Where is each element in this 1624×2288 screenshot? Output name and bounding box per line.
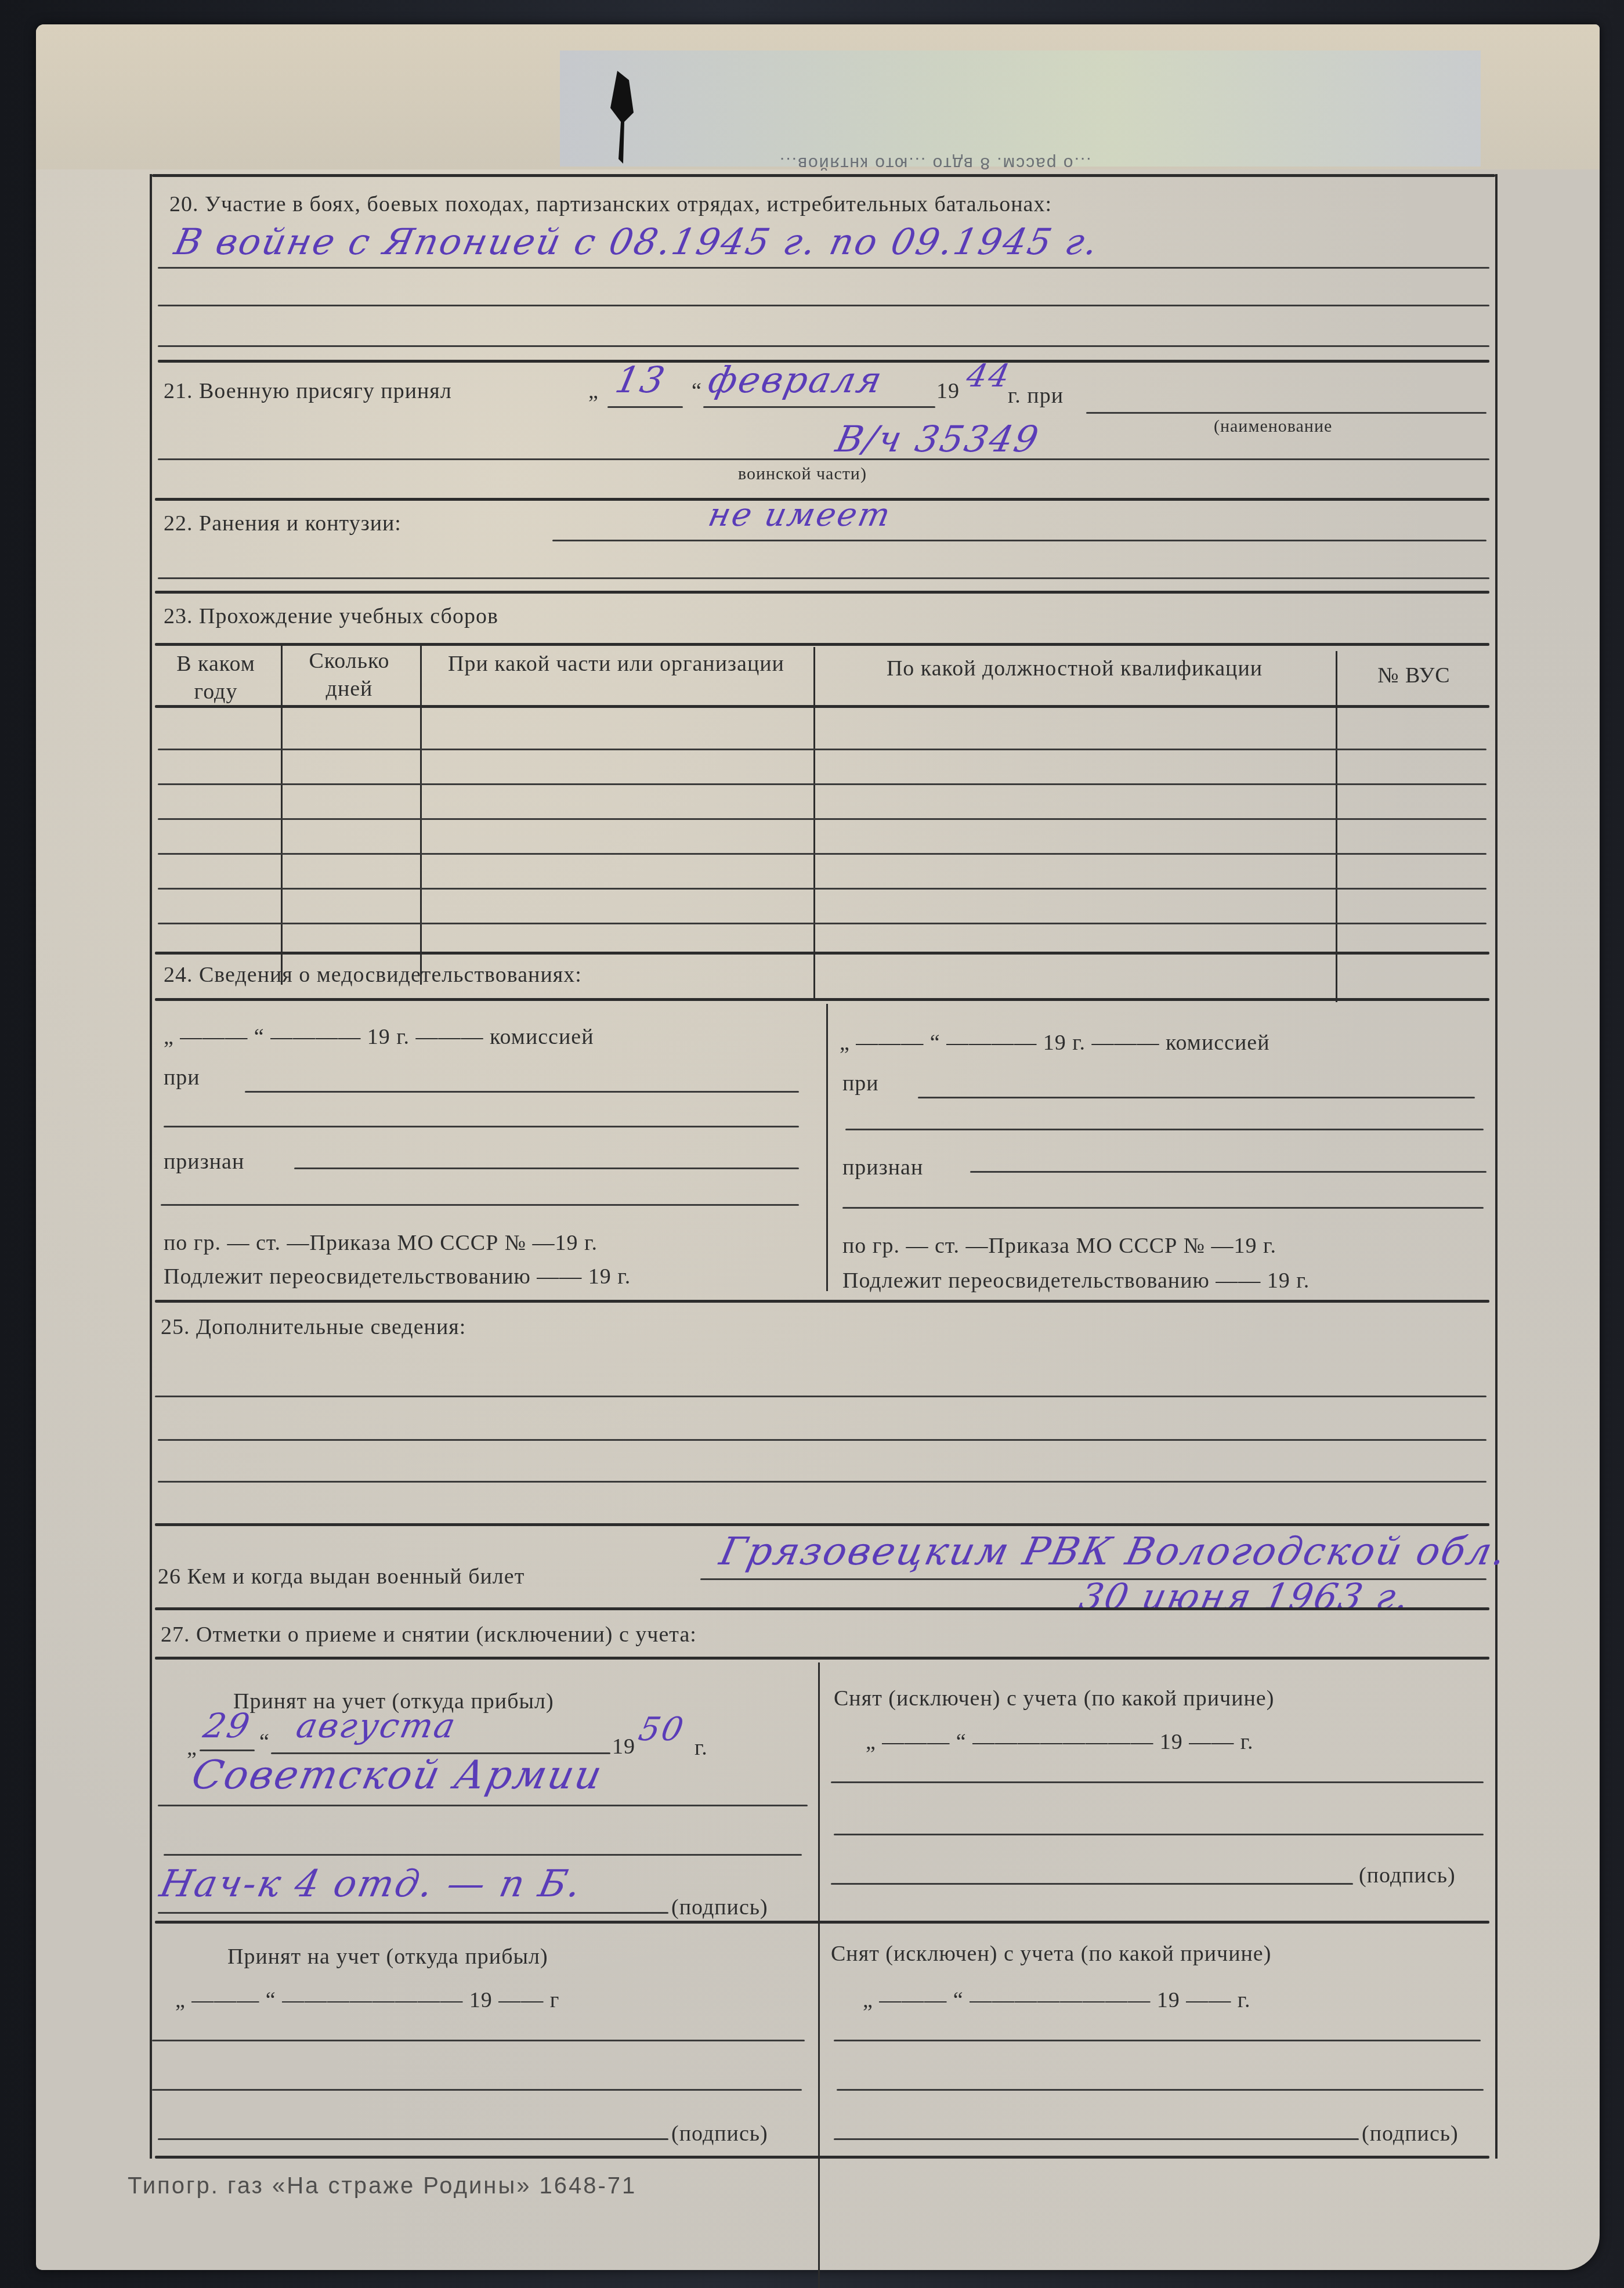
s21-unit-line-1: [1086, 412, 1486, 414]
s20-handwritten[interactable]: В войне с Японией с 08.1945 г. по 09.194…: [171, 221, 1104, 263]
s27-accepted-1-day[interactable]: 29: [200, 1706, 255, 1745]
s21-quote-close: “: [692, 378, 702, 404]
s20-label: 20. Участие в боях, боевых походах, парт…: [169, 191, 1052, 217]
s27-removed-2-title: Снят (исключен) с учета (по какой причин…: [831, 1941, 1271, 1967]
s21-g-pri: г. при: [1008, 383, 1064, 409]
s21-caption-1: (наименование: [1214, 417, 1332, 436]
s24-right-priznan: признан: [842, 1155, 923, 1180]
s27-accepted-1-quote-open: „: [187, 1735, 197, 1761]
s24-right-date-line[interactable]: „ ——— “ ———— 19 г. ——— комиссией: [840, 1030, 1270, 1056]
s23-row-line-2[interactable]: [158, 783, 1486, 785]
s27-removed-1-line-2[interactable]: [834, 1834, 1484, 1835]
s24-left-order: по гр. — ст. —Приказа МО СССР № —19 г.: [164, 1230, 598, 1256]
s23-divider-1: [281, 645, 283, 985]
s27-accepted-1-day-line: [200, 1750, 255, 1751]
s24-right-priznan-line[interactable]: [970, 1171, 1486, 1173]
s27-middle-rule: [155, 1921, 1489, 1924]
s23-col-unit: При какой части или организации: [428, 650, 805, 678]
s27-accepted-1-year-suffix[interactable]: 50: [635, 1711, 688, 1748]
s22-label: 22. Ранения и контузии:: [164, 511, 402, 536]
s27-accepted-2-title: Принят на учет (откуда прибыл): [227, 1944, 548, 1969]
s27-accepted-1-quote-close: “: [259, 1729, 270, 1755]
s23-row-line-6[interactable]: [158, 923, 1486, 924]
s24-right-order: по гр. — ст. —Приказа МО СССР № —19 г.: [842, 1233, 1276, 1259]
s23-row-line-3[interactable]: [158, 818, 1486, 820]
s21-month[interactable]: февраля: [704, 359, 887, 401]
s24-left-date-line[interactable]: „ ——— “ ———— 19 г. ——— комиссией: [164, 1024, 594, 1050]
s27-removed-2-sign-caption: (подпись): [1362, 2121, 1459, 2146]
s27-removed-2-date-line[interactable]: „ ——— “ ———————— 19 —— г.: [863, 1987, 1251, 2013]
s23-row-line-4[interactable]: [158, 853, 1486, 855]
s24-right-pri-line[interactable]: [918, 1097, 1475, 1098]
s21-label: 21. Военную присягу принял: [164, 378, 452, 404]
s24-left-priznan-line[interactable]: [294, 1168, 799, 1169]
s27-removed-2-sign-line[interactable]: [834, 2138, 1359, 2140]
s22-line-1: [552, 540, 1486, 541]
s24-left-reexam: Подлежит переосвидетельствованию —— 19 г…: [164, 1264, 631, 1289]
s23-header-top-rule: [155, 643, 1489, 646]
s24-divider: [826, 1004, 828, 1291]
s23-col-days: Сколько дней: [283, 647, 416, 703]
s21-quote-open: „: [588, 378, 599, 404]
s26-label: 26 Кем и когда выдан военный билет: [158, 1564, 525, 1589]
s27-accepted-1-signer[interactable]: Нач-к 4 отд. — п Б.: [156, 1863, 587, 1906]
s27-label: 27. Отметки о приеме и снятии (исключени…: [161, 1622, 697, 1647]
s22-line-2: [158, 577, 1489, 579]
form-bottom-rule: [155, 2156, 1489, 2159]
s27-top-rule: [155, 1657, 1489, 1660]
s26-handwritten-line1[interactable]: Грязовецким РВК Вологодской обл.: [716, 1529, 1511, 1574]
s23-label: 23. Прохождение учебных сборов: [164, 603, 498, 629]
s27-accepted-1-sign-line[interactable]: [158, 1912, 668, 1914]
s24-left-pri-line[interactable]: [245, 1091, 799, 1093]
s22-handwritten[interactable]: не имеет: [705, 496, 895, 534]
s21-day[interactable]: 13: [612, 359, 670, 401]
s24-left-line-2[interactable]: [164, 1126, 799, 1127]
s20-line-2: [158, 305, 1489, 306]
s27-removed-1-line-1[interactable]: [831, 1781, 1484, 1783]
s23-divider-3: [813, 647, 815, 998]
s27-removed-2-line-1[interactable]: [834, 2040, 1481, 2041]
s24-right-line-4[interactable]: [842, 1207, 1484, 1209]
s27-accepted-1-sign-caption: (подпись): [671, 1895, 768, 1920]
s27-removed-2-line-2[interactable]: [837, 2089, 1484, 2091]
s23-bottom-rule: [155, 952, 1489, 955]
s27-accepted-2-line-2[interactable]: [152, 2089, 802, 2091]
s22-bottom-rule: [155, 591, 1489, 594]
printer-imprint: Типогр. газ «На страже Родины» 1648-71: [128, 2173, 636, 2199]
s21-day-line: [607, 406, 683, 408]
s25-label: 25. Дополнительные сведения:: [161, 1314, 466, 1340]
bleed-through-text: ...о рассм. 8 вдто ...юто кнтяйов...: [779, 153, 1091, 173]
s23-col-year: В каком году: [152, 650, 280, 706]
s27-accepted-2-line-1[interactable]: [152, 2040, 805, 2041]
s27-removed-1-sign-caption: (подпись): [1359, 1863, 1456, 1888]
s21-unit[interactable]: В/ч 35349: [832, 418, 1043, 460]
s24-top-rule: [155, 998, 1489, 1001]
s23-divider-2: [420, 645, 422, 985]
s23-header-bottom-rule: [155, 705, 1489, 708]
s24-right-line-2[interactable]: [845, 1129, 1484, 1130]
s27-removed-1-sign-line[interactable]: [831, 1883, 1353, 1885]
s27-removed-1-date-line[interactable]: „ ——— “ ———————— 19 —— г.: [866, 1729, 1254, 1755]
s27-accepted-1-month[interactable]: августа: [293, 1706, 461, 1745]
s24-left-line-4[interactable]: [161, 1204, 799, 1206]
s24-right-reexam: Подлежит переосвидетельствованию —— 19 г…: [842, 1268, 1310, 1293]
s26-handwritten-line2[interactable]: 30 июня 1963 г.: [1076, 1575, 1415, 1618]
s26-bottom-rule: [155, 1607, 1489, 1610]
s23-row-line-1[interactable]: [158, 749, 1486, 750]
s20-line-3: [158, 345, 1489, 347]
form-frame: 20. Участие в боях, боевых походах, парт…: [150, 174, 1498, 2159]
s24-right-pri: при: [842, 1071, 879, 1096]
s27-accepted-1-line-2[interactable]: [164, 1854, 802, 1856]
s27-accepted-1-year-prefix: 19: [612, 1734, 635, 1759]
s27-accepted-2-sign-caption: (подпись): [671, 2121, 768, 2146]
s25-line-1[interactable]: [155, 1396, 1486, 1397]
s20-line-1: [158, 267, 1489, 269]
s27-accepted-2-sign-line[interactable]: [158, 2138, 668, 2140]
tape-patch: [560, 50, 1481, 167]
s27-accepted-1-line-1[interactable]: [158, 1805, 808, 1806]
s27-removed-1-title: Снят (исключен) с учета (по какой причин…: [834, 1686, 1274, 1711]
s25-bottom-rule: [155, 1523, 1489, 1526]
s23-col-qualification: По какой должностной квалификации: [825, 655, 1324, 682]
s23-row-line-5[interactable]: [158, 888, 1486, 890]
s27-accepted-2-date-line[interactable]: „ ——— “ ———————— 19 —— г: [175, 1987, 559, 2013]
s25-line-2[interactable]: [158, 1439, 1486, 1441]
s21-month-line: [703, 406, 935, 408]
s24-left-pri: при: [164, 1065, 200, 1090]
form-top-rule: [152, 174, 1495, 177]
s23-divider-4: [1336, 651, 1337, 1002]
s25-line-3[interactable]: [158, 1481, 1486, 1483]
s24-label: 24. Сведения о медосвидетельствованиях:: [164, 962, 582, 988]
s21-caption-2: воинской части): [738, 464, 867, 484]
s24-left-priznan: признан: [164, 1149, 244, 1174]
s27-accepted-1-g: г.: [695, 1735, 708, 1761]
s21-unit-line-2: [158, 458, 1489, 460]
s27-divider: [818, 1662, 820, 2288]
s24-bottom-rule: [155, 1300, 1489, 1303]
s27-accepted-1-from[interactable]: Советской Армии: [188, 1752, 607, 1798]
s21-year-prefix: 19: [936, 378, 960, 404]
s21-year-suffix[interactable]: 44: [963, 357, 1014, 394]
s23-col-vus: № ВУС: [1341, 662, 1486, 689]
